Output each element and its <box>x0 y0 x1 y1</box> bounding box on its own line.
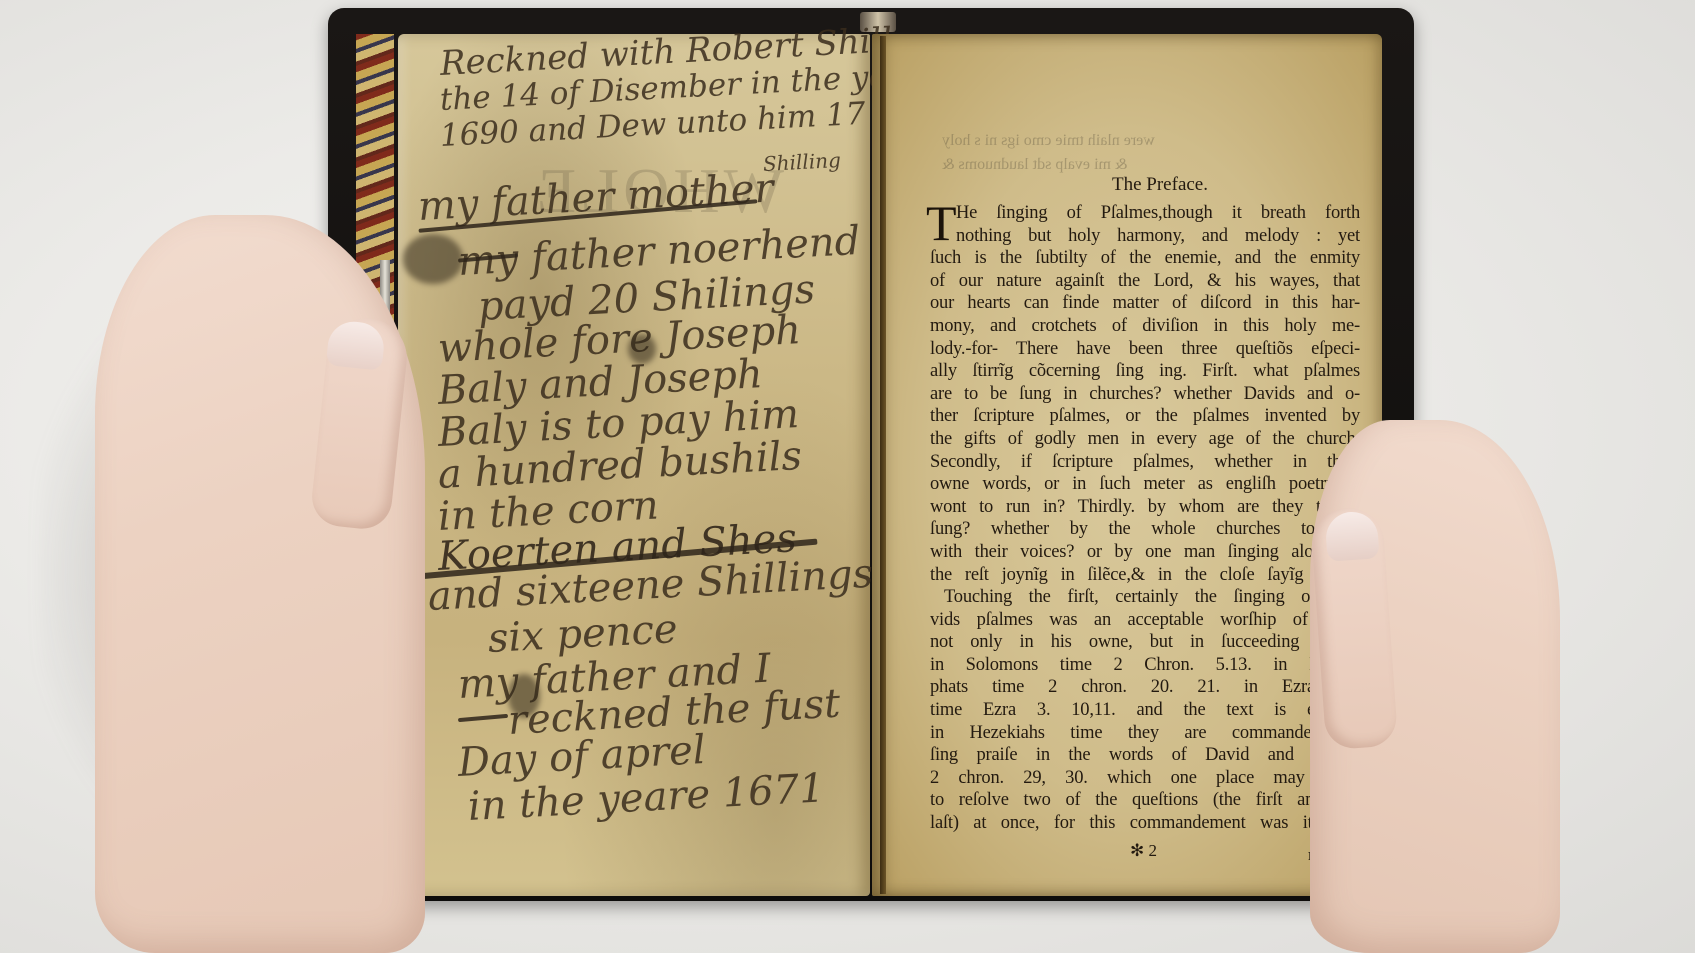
page-footer: ✻ 2 moniall <box>930 841 1360 867</box>
print-line: laſt) at once, for this commandement was… <box>930 812 1360 835</box>
print-line: Touching the firſt, certainly the ſingin… <box>930 586 1360 609</box>
signature-mark: ✻ 2 <box>1130 841 1157 861</box>
print-line: He ſinging of Pſalmes,though it breath f… <box>930 202 1360 225</box>
print-line: nothing but holy harmony, and melody : y… <box>930 225 1360 248</box>
print-line: mony, and crotchets of diviſion in this … <box>930 315 1360 338</box>
handwritten-line: Shilling <box>762 148 841 176</box>
print-line: 2 chron. 29, 30. which one place may ſer… <box>930 767 1360 790</box>
strikethrough <box>458 714 508 722</box>
print-line: ſung? whether by the whole churches toge… <box>930 518 1360 541</box>
print-line: the gifts of godly men in every age of t… <box>930 428 1360 451</box>
print-line: our hearts can finde matter of diſcord i… <box>930 292 1360 315</box>
print-line: wont to run in? Thirdly. by whom are the… <box>930 496 1360 519</box>
print-line: time Ezra 3. 10,11. and the text is evid… <box>930 699 1360 722</box>
left-page-handwritten: WHOLE Reckned with Robert Shill the 14 o… <box>398 34 870 896</box>
right-page-printed: were nlaih tmie cmo igs ni s holy & mi e… <box>872 34 1382 896</box>
print-line: not only in his owne, but in ſucceeding … <box>930 631 1360 654</box>
print-line: ſuch is the ſubtilty of the enemie, and … <box>930 247 1360 270</box>
print-line: are to be ſung in churches? whether Davi… <box>930 383 1360 406</box>
ink-blot <box>628 334 656 364</box>
print-line: the reſt joynĩg in ſilẽce,& in the cloſe… <box>930 564 1360 587</box>
print-line: vids pſalmes was an acceptable worſhip o… <box>930 609 1360 632</box>
print-line: ally ſtirrĩg cõcerning ſing ing. Firſt. … <box>930 360 1360 383</box>
drop-cap: T <box>926 200 957 246</box>
print-line: ther ſcripture pſalmes, or the pſalmes i… <box>930 405 1360 428</box>
print-line: in Hezekiahs time they are commanded to <box>930 722 1360 745</box>
preface-title: The Preface. <box>930 174 1360 196</box>
print-line: ſing praiſe in the words of David and Aſ… <box>930 744 1360 767</box>
bleed-through-text: were nlaih tmie cmo igs ni s holy <box>942 132 1155 150</box>
ink-blot <box>508 674 540 718</box>
print-line: lody.-for- There have been three queſtiõ… <box>930 338 1360 361</box>
print-line: Secondly, if ſcripture pſalmes, whether … <box>930 451 1360 474</box>
print-line: to reſolve two of the queſtions (the fir… <box>930 789 1360 812</box>
print-line: phats time 2 chron. 20. 21. in Ezra his <box>930 676 1360 699</box>
ink-blot <box>403 234 463 284</box>
print-line: of our nature againſt the Lord, & his wa… <box>930 270 1360 293</box>
bleed-through-text: & mi evalp sdt laudnuoms & <box>942 156 1127 174</box>
photo-scene: WHOLE Reckned with Robert Shill the 14 o… <box>0 0 1695 953</box>
preface-text-block: The Preface. T He ſinging of Pſalmes,tho… <box>930 174 1360 867</box>
print-line: with their voices? or by one man ſinging… <box>930 541 1360 564</box>
print-line: in Solomons time 2 Chron. 5.13. in Iehoſ… <box>930 654 1360 677</box>
print-line: owne words, or in ſuch meter as engliſh … <box>930 473 1360 496</box>
book-gutter <box>880 36 886 894</box>
